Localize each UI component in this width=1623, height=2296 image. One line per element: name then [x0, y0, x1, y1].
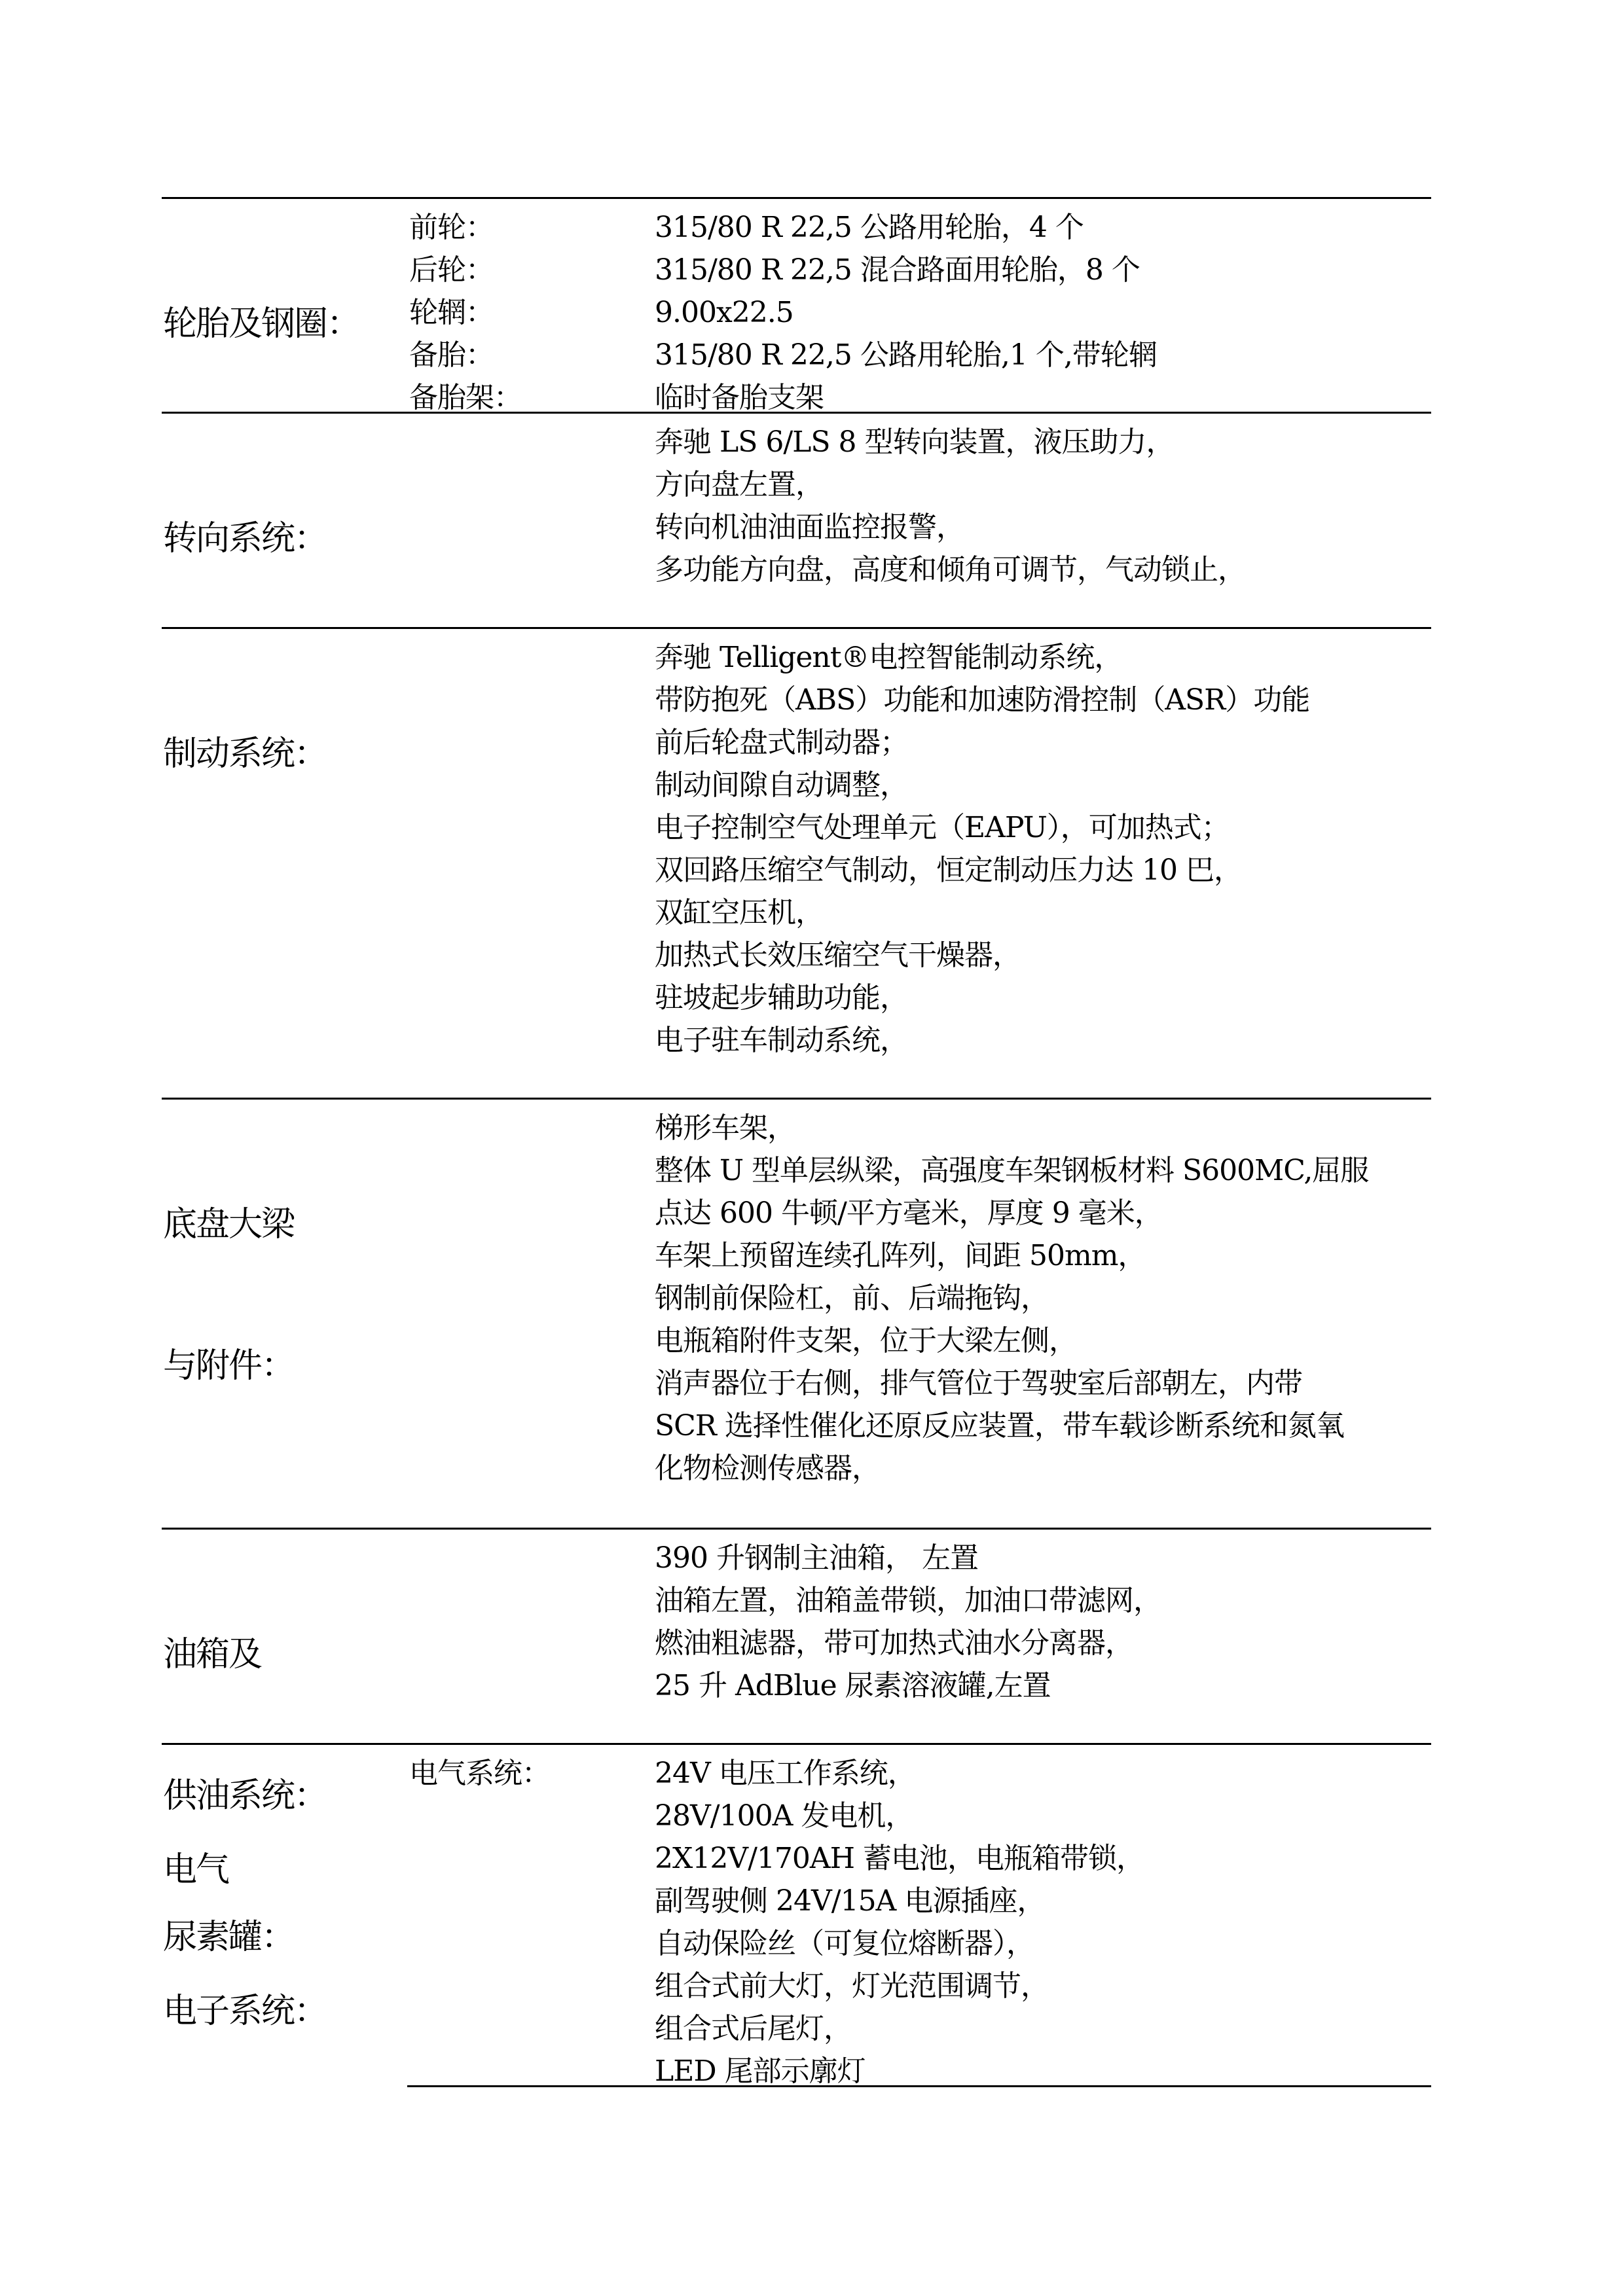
spec-value: 组合式前大灯，灯光范围调节，	[655, 1965, 1431, 2007]
section-divider	[162, 1528, 1431, 1530]
spec-value: 转向机油油面监控报警，	[655, 506, 1431, 548]
spec-page: 轮胎及钢圈： 前轮： 后轮： 轮辋： 备胎： 备胎架： 315/80 R 22,…	[0, 0, 1623, 2296]
category-label: 轮胎及钢圈：	[163, 300, 359, 348]
section-category: 电气 电子系统：	[163, 1752, 327, 2129]
spec-value: 自动保险丝（可复位熔断器），	[655, 1922, 1431, 1965]
spec-value: 9.00x22.5	[655, 291, 1431, 334]
spec-value: 车架上预留连续孔阵列，间距 50mm，	[655, 1234, 1431, 1277]
spec-value: 油箱左置，油箱盖带锁，加油口带滤网，	[655, 1579, 1431, 1622]
spec-value: 驻坡起步辅助功能，	[655, 977, 1431, 1019]
spec-value: 电子控制空气处理单元（EAPU），可加热式；	[655, 806, 1431, 849]
spec-value: 315/80 R 22,5 混合路面用轮胎，8 个	[655, 249, 1431, 291]
category-label: 转向系统：	[163, 515, 327, 562]
spec-value: 化物检测传感器，	[655, 1447, 1431, 1490]
section-category: 制动系统：	[163, 636, 327, 872]
spec-value: 消声器位于右侧，排气管位于驾驶室后部朝左，内带	[655, 1362, 1431, 1405]
spec-value: 2X12V/170AH 蓄电池，电瓶箱带锁，	[655, 1837, 1431, 1880]
spec-value: 315/80 R 22,5 公路用轮胎,1 个,带轮辋	[655, 334, 1431, 376]
spec-value: 整体 U 型单层纵梁，高强度车架钢板材料 S600MC,屈服	[655, 1149, 1431, 1192]
value-column: 24V 电压工作系统， 28V/100A 发电机， 2X12V/170AH 蓄电…	[655, 1752, 1431, 2092]
spec-value: 钢制前保险杠，前、后端拖钩，	[655, 1277, 1431, 1319]
spec-value: 24V 电压工作系统，	[655, 1752, 1431, 1795]
sub-label-rim: 轮辋：	[409, 291, 522, 334]
category-label: 制动系统：	[163, 730, 327, 778]
section-divider	[162, 1098, 1431, 1100]
spec-value: 燃油粗滤器，带可加热式油水分离器，	[655, 1622, 1431, 1664]
section-category: 转向系统：	[163, 421, 327, 656]
sub-label-front-wheel: 前轮：	[409, 206, 522, 249]
sub-label-column: 前轮： 后轮： 轮辋： 备胎： 备胎架：	[409, 206, 522, 419]
spec-value: SCR 选择性催化还原反应装置，带车载诊断系统和氮氧	[655, 1405, 1431, 1447]
section-divider	[162, 412, 1431, 414]
sub-label-column: 电气系统：	[409, 1752, 550, 1795]
value-column: 奔驰 LS 6/LS 8 型转向装置，液压助力， 方向盘左置， 转向机油油面监控…	[655, 421, 1431, 591]
spec-value: 副驾驶侧 24V/15A 电源插座，	[655, 1880, 1431, 1922]
spec-value: 制动间隙自动调整，	[655, 764, 1431, 806]
section-category: 底盘大梁 与附件：	[163, 1107, 294, 1484]
category-label: 电子系统：	[163, 1988, 327, 2035]
spec-value: 315/80 R 22,5 公路用轮胎，4 个	[655, 206, 1431, 249]
value-column: 315/80 R 22,5 公路用轮胎，4 个 315/80 R 22,5 混合…	[655, 206, 1431, 419]
spec-value: 奔驰 LS 6/LS 8 型转向装置，液压助力，	[655, 421, 1431, 463]
value-column: 梯形车架， 整体 U 型单层纵梁，高强度车架钢板材料 S600MC,屈服 点达 …	[655, 1107, 1431, 1490]
section-divider	[162, 1743, 1431, 1745]
value-column: 390 升钢制主油箱， 左置 油箱左置，油箱盖带锁，加油口带滤网， 燃油粗滤器，…	[655, 1537, 1431, 1707]
spec-value: 梯形车架，	[655, 1107, 1431, 1149]
section-category: 轮胎及钢圈：	[163, 206, 359, 442]
sub-label-electrical-system: 电气系统：	[409, 1752, 550, 1795]
section-divider	[162, 627, 1431, 629]
spec-value: 点达 600 牛顿/平方毫米，厚度 9 毫米，	[655, 1192, 1431, 1234]
sub-label-spare-tyre: 备胎：	[409, 334, 522, 376]
spec-value: 25 升 AdBlue 尿素溶液罐,左置	[655, 1664, 1431, 1707]
spec-value: 双缸空压机，	[655, 891, 1431, 934]
category-label: 油箱及	[163, 1631, 327, 1678]
spec-value: 电瓶箱附件支架，位于大梁左侧，	[655, 1319, 1431, 1362]
spec-value: 多功能方向盘，高度和倾角可调节，气动锁止，	[655, 548, 1431, 591]
sub-label-rear-wheel: 后轮：	[409, 249, 522, 291]
category-label: 与附件：	[163, 1342, 294, 1390]
spec-value: 方向盘左置，	[655, 463, 1431, 506]
section-divider	[162, 197, 1431, 199]
spec-value: 双回路压缩空气制动，恒定制动压力达 10 巴，	[655, 849, 1431, 891]
spec-value: 奔驰 Telligent®电控智能制动系统，	[655, 636, 1431, 679]
spec-value: 28V/100A 发电机，	[655, 1795, 1431, 1837]
spec-value: 电子驻车制动系统，	[655, 1019, 1431, 1062]
table-bottom-rule	[407, 2085, 1431, 2087]
spec-value: 加热式长效压缩空气干燥器，	[655, 934, 1431, 977]
spec-value: 390 升钢制主油箱， 左置	[655, 1537, 1431, 1579]
spec-value: 前后轮盘式制动器；	[655, 721, 1431, 764]
category-label: 底盘大梁	[163, 1201, 294, 1248]
spec-value: 带防抱死（ABS）功能和加速防滑控制（ASR）功能	[655, 679, 1431, 721]
spec-value: 组合式后尾灯，	[655, 2007, 1431, 2050]
value-column: 奔驰 Telligent®电控智能制动系统， 带防抱死（ABS）功能和加速防滑控…	[655, 636, 1431, 1062]
category-label: 电气	[163, 1846, 327, 1893]
